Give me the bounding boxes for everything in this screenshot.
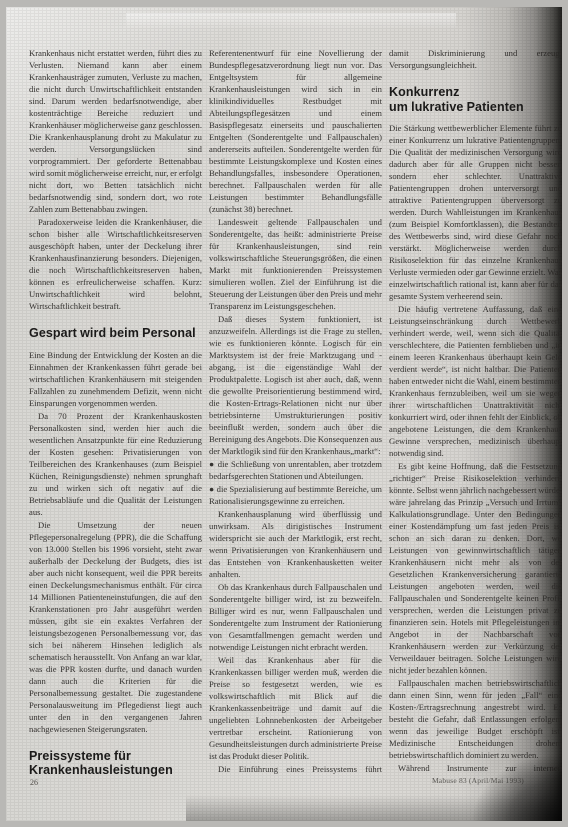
paragraph: damit Diskriminierung und erzeugt Versor… [389, 47, 562, 71]
paragraph: Landesweit geltende Fallpauschalen und S… [209, 216, 382, 312]
bullet-item: ● die Schließung von unrentablen, aber t… [209, 458, 382, 482]
text-column-2: Referentenentwurf für eine Novellierung … [209, 47, 382, 777]
section-heading-personal: Gespart wird beim Personal [29, 326, 202, 341]
scan-light-streak [126, 13, 456, 29]
paragraph: Während Instrumente zur internen Qualitä… [389, 762, 562, 777]
section-heading-konkurrenz: Konkurrenz um lukrative Patienten [389, 85, 562, 114]
journal-footer-line: Mabuse 83 (April/Mai 1993) [432, 776, 524, 785]
paragraph: Referentenentwurf für eine Novellierung … [209, 47, 382, 215]
paragraph: Es gibt keine Hoffnung, daß die Festsetz… [389, 460, 562, 676]
paragraph: Die Einführung eines Preissystems führt … [209, 763, 382, 777]
paragraph: Die Stärkung wettbewerblicher Elemente f… [389, 122, 562, 302]
section-heading-preissysteme: Preissysteme für Krankenhausleistungen [29, 749, 202, 778]
paragraph: Krankenhausplanung wird überflüssig und … [209, 508, 382, 580]
paragraph: Krankenhaus nicht erstattet werden, führ… [29, 47, 202, 215]
bullet-item: ● die Spezialisierung auf bestimmte Bere… [209, 483, 382, 507]
paragraph: Die Umsetzung der neuen Pflegepersonalre… [29, 519, 202, 735]
page-number: 26 [30, 778, 38, 787]
paragraph: Weil das Krankenhaus aber für die Kranke… [209, 654, 382, 762]
paragraph: Die häufig vertretene Auffassung, daß ei… [389, 303, 562, 459]
paragraph: Ob das Krankenhaus durch Fallpauschalen … [209, 581, 382, 653]
paragraph: Eine Bindung der Entwicklung der Kosten … [29, 349, 202, 409]
page-surface: Krankenhaus nicht erstattet werden, führ… [6, 7, 562, 821]
paragraph: Daß dieses System funktioniert, ist anzu… [209, 313, 382, 457]
paragraph: Fallpauschalen machen betriebswirtschaft… [389, 677, 562, 761]
scan-bottom-shadow [186, 795, 562, 821]
text-column-3: damit Diskriminierung und erzeugt Versor… [389, 47, 562, 777]
scanned-magazine-page: Krankenhaus nicht erstattet werden, führ… [0, 0, 568, 827]
text-column-1: Krankenhaus nicht erstattet werden, führ… [29, 47, 202, 777]
paragraph: Da 70 Prozent der Krankenhauskosten Pers… [29, 410, 202, 518]
paragraph: Paradoxerweise leiden die Krankenhäuser,… [29, 216, 202, 312]
